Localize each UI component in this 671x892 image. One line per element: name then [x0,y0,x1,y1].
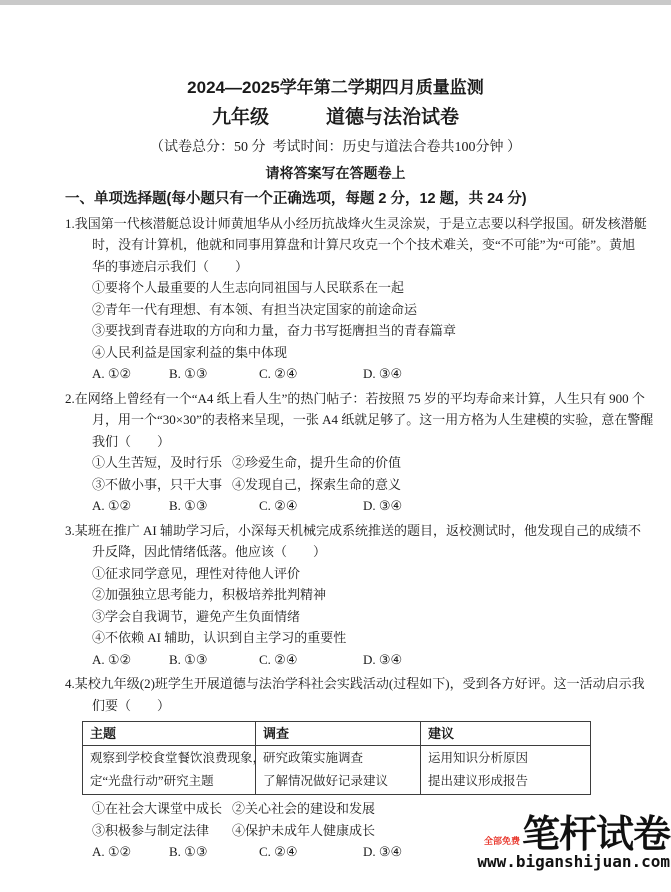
table-header-cell: 主题 [83,722,256,746]
activity-table-grid: 主题调查建议观察到学校食堂餐饮浪费现象，定“光盘行动”研究主题研究政策实施调查了… [82,721,591,795]
option-row: ②加强独立思考能力，积极培养批判精神 [92,584,671,606]
table-body-row: 观察到学校食堂餐饮浪费现象，定“光盘行动”研究主题研究政策实施调查了解情况做好记… [83,746,591,795]
option-item: ④人民利益是国家利益的集中体现 [92,342,287,364]
option-row: ③不做小事，只干大事④发现自己，探索生命的意义 [92,474,671,496]
question-stem-line: 时，没有计算机，他就和同事用算盘和计算尺攻克一个个技术难关，变“不可能”为“可能… [92,234,671,256]
question-stem-line: 4.某校九年级(2)班学生开展道德与法治学科社会实践活动(过程如下)，受到各方好… [65,673,671,695]
question-stem-line: 们要（ ） [92,695,671,717]
table-cell-line: 运用知识分析原因 [428,747,583,770]
choice-item: C. ②④ [259,363,363,385]
choice-item: D. ③④ [363,841,402,863]
table-cell-line: 定“光盘行动”研究主题 [90,770,248,793]
table-cell-line: 了解情况做好记录建议 [263,770,413,793]
choice-item: A. ①② [92,363,169,385]
option-row: ①要将个人最重要的人生志向同祖国与人民联系在一起 [92,277,671,299]
choice-item: D. ③④ [363,363,402,385]
option-item: ②关心社会的建设和发展 [232,798,375,820]
watermark-url: www.biganshijuan.com [477,853,670,871]
choice-item: C. ②④ [259,649,363,671]
exam-title: 2024—2025学年第二学期四月质量监测 [0,79,671,98]
option-item: ③不做小事，只干大事 [92,474,232,496]
option-row: ②青年一代有理想、有本领、有担当决定国家的前途命运 [92,299,671,321]
table-cell-line: 提出建议形成报告 [428,770,583,793]
option-row: ④人民利益是国家利益的集中体现 [92,342,671,364]
watermark-free-label: 全部免费 [484,837,520,846]
option-row: ④不依赖 AI 辅助，认识到自主学习的重要性 [92,627,671,649]
exam-subtitle: 九年级 道德与法治试卷 [0,108,671,129]
question-stem-line: 月，用一个“30×30”的表格来呈现，一张 A4 纸就足够了。这一用方格为人生建… [92,409,671,431]
watermark-row: 全部免费 笔杆试卷 [477,817,670,853]
table-cell: 运用知识分析原因提出建议形成报告 [421,746,591,795]
option-item: ②青年一代有理想、有本领、有担当决定国家的前途命运 [92,299,417,321]
question-stem-line: 华的事迹启示我们（ ） [92,256,671,278]
watermark-brand: 笔杆试卷 [522,817,670,853]
question-stem-line: 2.在网络上曾经有一个“A4 纸上看人生”的热门帖子：若按照 75 岁的平均寿命… [65,388,671,410]
option-item: ②珍爱生命，提升生命的价值 [232,452,401,474]
question-3: 3.某班在推广 AI 辅助学习后，小深每天机械完成系统推送的题目，返校测试时，他… [65,520,671,671]
table-header-row: 主题调查建议 [83,722,591,746]
section-title: 一、单项选择题(每小题只有一个正确选项，每题 2 分，12 题，共 24 分) [65,191,671,208]
question-stem-line: 3.某班在推广 AI 辅助学习后，小深每天机械完成系统推送的题目，返校测试时，他… [65,520,671,542]
option-item: ②加强独立思考能力，积极培养批判精神 [92,584,326,606]
table-cell-line: 观察到学校食堂餐饮浪费现象， [90,747,248,770]
option-item: ④发现自己，探索生命的意义 [232,474,401,496]
top-scrollbar-strip [0,0,671,5]
question-stem-line: 我们（ ） [92,431,671,453]
option-row: ①人生苦短，及时行乐②珍爱生命，提升生命的价值 [92,452,671,474]
option-item: ④不依赖 AI 辅助，认识到自主学习的重要性 [92,627,346,649]
option-item: ①在社会大课堂中成长 [92,798,232,820]
option-item: ③要找到青春进取的方向和力量，奋力书写挺膺担当的青春篇章 [92,320,456,342]
answer-sheet-notice: 请将答案写在答题卷上 [0,165,671,182]
question-stem-line: 升反降，因此情绪低落。他应该（ ） [92,541,671,563]
question-1: 1.我国第一代核潜艇总设计师黄旭华从小经历抗战烽火生灵涂炭，于是立志要以科学报国… [65,213,671,385]
choice-row: A. ①②B. ①③C. ②④D. ③④ [92,649,671,671]
option-item: ①人生苦短，及时行乐 [92,452,232,474]
table-header-cell: 调查 [256,722,421,746]
option-row: ①征求同学意见，理性对待他人评价 [92,563,671,585]
activity-table: 主题调查建议观察到学校食堂餐饮浪费现象，定“光盘行动”研究主题研究政策实施调查了… [82,721,671,795]
choice-item: D. ③④ [363,495,402,517]
option-item: ①要将个人最重要的人生志向同祖国与人民联系在一起 [92,277,404,299]
choice-row: A. ①②B. ①③C. ②④D. ③④ [92,495,671,517]
choice-item: C. ②④ [259,495,363,517]
option-item: ①征求同学意见，理性对待他人评价 [92,563,300,585]
table-header-cell: 建议 [421,722,591,746]
choice-item: A. ①② [92,841,169,863]
table-cell-line: 研究政策实施调查 [263,747,413,770]
table-cell: 研究政策实施调查了解情况做好记录建议 [256,746,421,795]
option-item: ③积极参与制定法律 [92,820,232,842]
choice-item: C. ②④ [259,841,363,863]
exam-paper-page: 2024—2025学年第二学期四月质量监测 九年级 道德与法治试卷 （试卷总分：… [0,0,671,892]
choice-item: A. ①② [92,649,169,671]
option-item: ③学会自我调节，避免产生负面情绪 [92,606,300,628]
question-2: 2.在网络上曾经有一个“A4 纸上看人生”的热门帖子：若按照 75 岁的平均寿命… [65,388,671,517]
watermark: 全部免费 笔杆试卷 www.biganshijuan.com [477,817,670,871]
choice-row: A. ①②B. ①③C. ②④D. ③④ [92,363,671,385]
option-row: ③学会自我调节，避免产生负面情绪 [92,606,671,628]
choice-item: B. ①③ [169,495,259,517]
questions-list: 1.我国第一代核潜艇总设计师黄旭华从小经历抗战烽火生灵涂炭，于是立志要以科学报国… [65,213,671,863]
question-stem-line: 1.我国第一代核潜艇总设计师黄旭华从小经历抗战烽火生灵涂炭，于是立志要以科学报国… [65,213,671,235]
option-row: ③要找到青春进取的方向和力量，奋力书写挺膺担当的青春篇章 [92,320,671,342]
table-cell: 观察到学校食堂餐饮浪费现象，定“光盘行动”研究主题 [83,746,256,795]
choice-item: B. ①③ [169,841,259,863]
choice-item: B. ①③ [169,363,259,385]
choice-item: D. ③④ [363,649,402,671]
option-item: ④保护未成年人健康成长 [232,820,375,842]
choice-item: A. ①② [92,495,169,517]
choice-item: B. ①③ [169,649,259,671]
exam-info-line: （试卷总分：50 分 考试时间：历史与道法合卷共100分钟 ） [0,140,671,157]
